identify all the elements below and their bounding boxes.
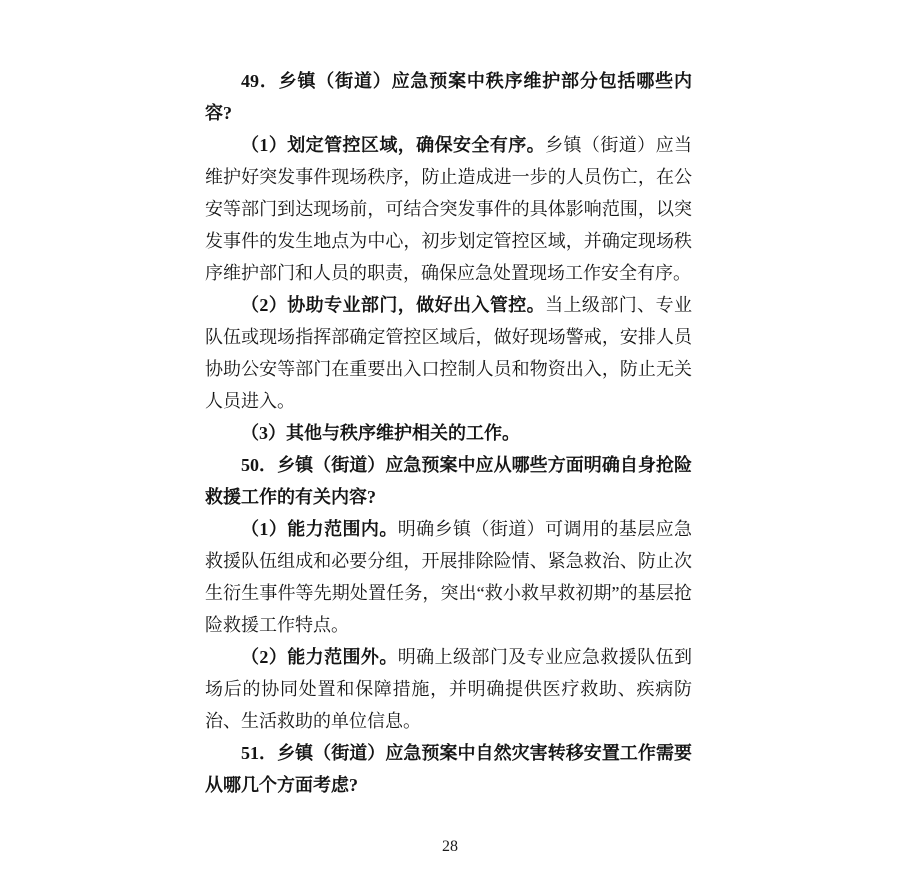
text-block: 49．乡镇（街道）应急预案中秩序维护部分包括哪些内容?（1）划定管控区域，确保安…	[205, 65, 692, 801]
text-run: 乡镇（街道）应当维护好突发事件现场秩序，防止造成进一步的人员伤亡，在公安等部门到…	[205, 135, 692, 283]
document-page: 49．乡镇（街道）应急预案中秩序维护部分包括哪些内容?（1）划定管控区域，确保安…	[0, 0, 900, 881]
answer-paragraph: （2）能力范围外。明确上级部门及专业应急救援队伍到场后的协同处置和保障措施，并明…	[205, 641, 692, 737]
text-run: 50．乡镇（街道）应急预案中应从哪些方面明确自身抢险救援工作的有关内容?	[205, 455, 692, 507]
answer-paragraph: （3）其他与秩序维护相关的工作。	[205, 417, 692, 449]
text-run: 51．乡镇（街道）应急预案中自然灾害转移安置工作需要从哪几个方面考虑?	[205, 743, 692, 795]
answer-paragraph: （2）协助专业部门，做好出入管控。当上级部门、专业队伍或现场指挥部确定管控区域后…	[205, 289, 692, 417]
text-run: （2）能力范围外。	[241, 647, 398, 667]
text-run: （1）能力范围内。	[241, 519, 398, 539]
text-run: （1）划定管控区域，确保安全有序。	[241, 135, 545, 155]
question-paragraph: 50．乡镇（街道）应急预案中应从哪些方面明确自身抢险救援工作的有关内容?	[205, 449, 692, 513]
question-paragraph: 51．乡镇（街道）应急预案中自然灾害转移安置工作需要从哪几个方面考虑?	[205, 737, 692, 801]
text-run: （2）协助专业部门，做好出入管控。	[241, 295, 545, 315]
question-paragraph: 49．乡镇（街道）应急预案中秩序维护部分包括哪些内容?	[205, 65, 692, 129]
text-run: 49．乡镇（街道）应急预案中秩序维护部分包括哪些内容?	[205, 71, 692, 123]
answer-paragraph: （1）划定管控区域，确保安全有序。乡镇（街道）应当维护好突发事件现场秩序，防止造…	[205, 129, 692, 289]
page-number: 28	[0, 836, 900, 858]
answer-paragraph: （1）能力范围内。明确乡镇（街道）可调用的基层应急救援队伍组成和必要分组，开展排…	[205, 513, 692, 641]
text-run: （3）其他与秩序维护相关的工作。	[241, 423, 520, 443]
